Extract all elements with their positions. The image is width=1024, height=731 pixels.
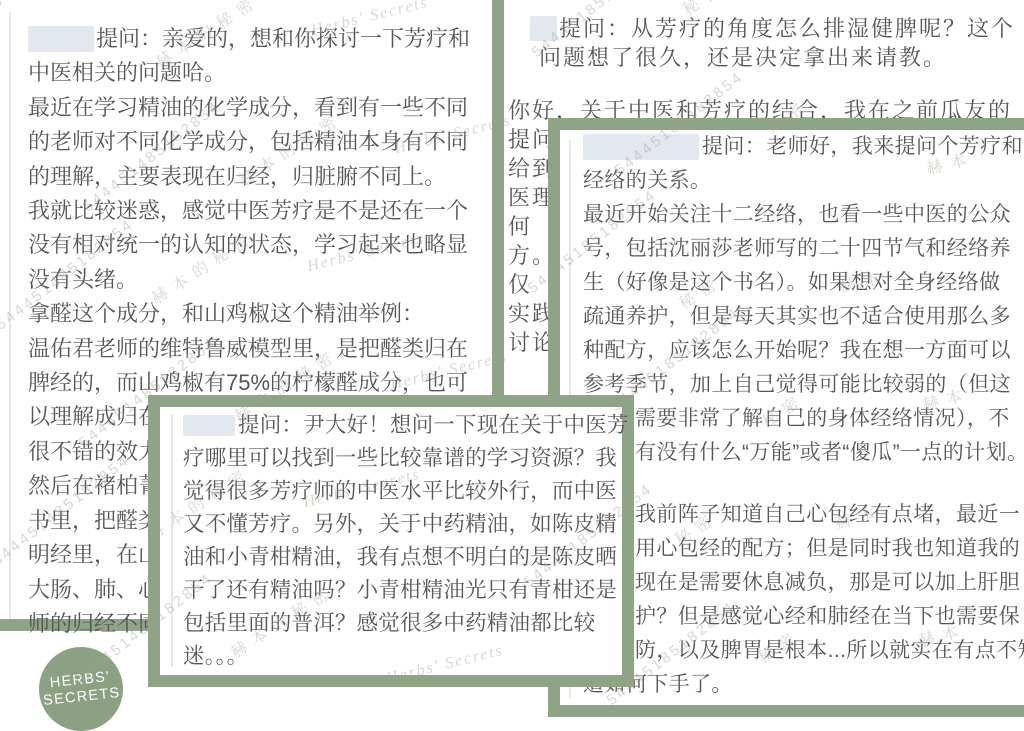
question-first-line: 提问：亲爱的，想和你探讨一下芳疗和 — [28, 22, 470, 56]
blurred-asker-name — [28, 26, 94, 52]
qa-collage: 提问：亲爱的，想和你探讨一下芳疗和 中医相关的问题哈。最近在学习精油的化学成分，… — [0, 0, 1024, 731]
text-line: 有没有什么“万能”或者“傻瓜”一点的计划。 — [635, 436, 1024, 470]
panel-right-text: 提问：老师好，我来提问个芳疗和 经络的关系。最近开始关注十二经络，也看一些中医的… — [583, 130, 1024, 702]
text-line: 疏通养护，但是每天其实也不适合使用那么多 — [583, 300, 1024, 334]
text-line: 温佑君老师的维特鲁威模型里，是把醛类归在 — [28, 332, 470, 366]
text-line: 种配方，应该怎么开始呢？我在想一方面可以 — [583, 334, 1024, 368]
text-line: 的理解，主要表现在归经，归脏腑不同上。 — [28, 160, 470, 194]
text-line: 生（好像是这个书名）。如果想对全身经络做 — [583, 266, 1024, 300]
panel-bottom-middle-text: 提问：尹大好！想问一下现在关于中医芳 疗哪里可以找到一些比较靠谱的学习资源？我觉… — [183, 409, 629, 673]
question-body: 疗哪里可以找到一些比较靠谱的学习资源？我觉得很多芳疗师的中医水平比较外行，而中医… — [183, 442, 629, 673]
quote-divider-line — [171, 415, 173, 667]
brand-badge: HERBS' SECRETS — [35, 643, 127, 731]
question-text: 提问：尹大好！想问一下现在关于中医芳 — [238, 409, 629, 442]
text-line: 问题想了很久，还是决定拿出来请教。 — [539, 43, 1024, 72]
text-line: 没有相对统一的认知的状态，学习起来也略显 — [28, 228, 470, 262]
text-line: 干了还有精油吗？小青柑精油光只有青柑还是 — [183, 574, 629, 607]
text-line: 疗哪里可以找到一些比较靠谱的学习资源？我 — [183, 442, 629, 475]
text-line: 号，包括沈丽莎老师写的二十四节气和经络养 — [583, 232, 1024, 266]
question-first-line: 提问：从芳疗的角度怎么排湿健脾呢？这个 — [508, 14, 1024, 43]
text-line: 参考季节，加上自己觉得可能比较弱的（但这 — [583, 368, 1024, 402]
text-line: 觉得很多芳疗师的中医水平比较外行，而中医 — [183, 475, 629, 508]
text-line: 迷。。。 — [183, 640, 629, 673]
question-body: 经络的关系。最近开始关注十二经络，也看一些中医的公众号，包括沈丽莎老师写的二十四… — [583, 164, 1024, 702]
text-line: 用心包经的配方；但是同时我也知道我的 — [635, 532, 1024, 566]
text-line: 包括里面的普洱？感觉很多中药精油都比较 — [183, 607, 629, 640]
text-line: 道如何下手了。 — [583, 668, 1024, 702]
text-line: 需要非常了解自己的身体经络情况），不 — [635, 402, 1024, 436]
panel-bottom-middle: 提问：尹大好！想问一下现在关于中医芳 疗哪里可以找到一些比较靠谱的学习资源？我觉… — [148, 395, 634, 687]
blurred-asker-name — [183, 415, 235, 436]
text-line: 我就比较迷惑，感觉中医芳疗是不是还在一个 — [28, 194, 470, 228]
text-line: 经络的关系。 — [583, 164, 1024, 198]
text-line: 的老师对不同化学成分，包括精油本身有不同 — [28, 125, 470, 159]
text-line: 最近开始关注十二经络，也看一些中医的公众 — [583, 198, 1024, 232]
text-line: 又不懂芳疗。另外，关于中药精油，如陈皮精 — [183, 508, 629, 541]
question-text: 提问：老师好，我来提问个芳疗和 — [702, 130, 1023, 164]
text-line: 拿醛这个成分，和山鸡椒这个精油举例： — [28, 297, 470, 331]
question-first-line: 提问：老师好，我来提问个芳疗和 — [583, 130, 1024, 164]
text-line: 我前阵子知道自己心包经有点堵，最近一 — [635, 498, 1024, 532]
question-first-line: 提问：尹大好！想问一下现在关于中医芳 — [183, 409, 629, 442]
question-text: 提问：亲爱的，想和你探讨一下芳疗和 — [96, 22, 470, 56]
blurred-asker-name — [530, 16, 557, 41]
question-text: 提问：从芳疗的角度怎么排湿健脾呢？这个 — [559, 14, 1015, 43]
text-line: 最近在学习精油的化学成分，看到有一些不同 — [28, 91, 470, 125]
text-line: 中医相关的问题哈。 — [28, 56, 470, 90]
text-line: 防，以及脾胃是根本...所以就实在有点不知 — [635, 634, 1024, 668]
text-line: 现在是需要休息减负，那是可以加上肝胆 — [635, 566, 1024, 600]
text-line: 没有头绪。 — [28, 263, 470, 297]
blurred-asker-name — [583, 134, 699, 160]
text-line: 油和小青柑精油，我有点想不明白的是陈皮晒 — [183, 541, 629, 574]
text-line: 护？但是感觉心经和肺经在当下也需要保 — [635, 600, 1024, 634]
quote-divider-line — [9, 12, 11, 618]
